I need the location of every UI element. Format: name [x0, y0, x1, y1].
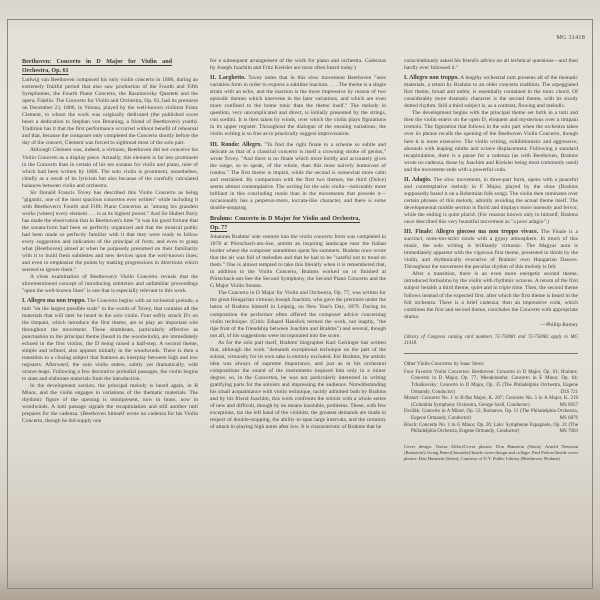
beethoven-movement-2: II. Larghetto. Tovey notes that in this … — [210, 75, 386, 138]
brahms-movement-2: II. Adagio. The slow movement, in three-… — [404, 177, 578, 226]
cover-credits: Cover design: Teresa Alfieri/Cover photo… — [404, 444, 578, 462]
beethoven-movement-3-title: III. Rondo: Allegro. — [210, 142, 262, 148]
column-3: conscientiously asked his friend's advic… — [404, 58, 578, 462]
beethoven-paragraph-2: Although Clement was, indeed, a virtuoso… — [22, 147, 198, 189]
other-concerto-text: Bruch: Concerto No. 1 in G Minor, Op. 26… — [404, 423, 578, 435]
other-concerto-item: Mozart: Concerto No. 1 in B-flat Major, … — [404, 396, 578, 409]
other-concerto-catalog: MS 6876 — [567, 416, 578, 423]
brahms-heading: Brahms: Concerto in D Major for Violin a… — [210, 215, 360, 233]
beethoven-paragraph-4: A close examination of Beethoven's Violi… — [22, 274, 198, 295]
beethoven-movement-1: I. Allegro ma non troppo. The Concerto b… — [22, 298, 198, 383]
other-concerto-text: Dvořák: Concerto in A Minor, Op. 53; Rom… — [404, 409, 578, 421]
other-concerto-item: Dvořák: Concerto in A Minor, Op. 53; Rom… — [404, 409, 578, 422]
beethoven-movement-2-text: Tovey notes that in this slow movement B… — [210, 75, 386, 137]
other-concerto-item: Four Favorite Violin Concertos: Beethove… — [404, 370, 578, 396]
other-concerto-text: Mozart: Concerto No. 1 in B-flat Major, … — [404, 396, 578, 408]
other-concerto-text: Four Favorite Violin Concertos: Beethove… — [404, 370, 578, 395]
brahms-paragraph-3: As for the solo part itself, Brahms' bio… — [210, 340, 386, 432]
brahms-movement-3-text: The Finale is a succinct, none-too-stric… — [404, 229, 578, 270]
beethoven-movement-1-development: In the development section, the principa… — [22, 383, 198, 425]
beethoven-movement-3: III. Rondo: Allegro. "To find the right … — [210, 142, 386, 212]
brahms-movement-3-second-theme: After a transition, there is an even mor… — [404, 271, 578, 320]
column-1: Beethoven: Concerto in D Major for Violi… — [22, 58, 198, 425]
column-2: for a subsequent arrangement of the work… — [210, 58, 386, 431]
brahms-movement-2-text: The slow movement, in three-part form, o… — [404, 177, 578, 225]
other-concerto-catalog: MS 6957 — [567, 403, 578, 410]
other-concertos-title: Other Violin Concertos by Isaac Stern: — [404, 361, 578, 368]
brahms-movement-3: III. Finale: Allegro giocoso ma non trop… — [404, 229, 578, 271]
catalog-number: MG 31418 — [556, 34, 585, 41]
brahms-movement-1-development: The development begins with the principa… — [404, 110, 578, 173]
beethoven-paragraph-3: Sir Donald Francis Tovey has described t… — [22, 190, 198, 275]
brahms-continuation: conscientiously asked his friend's advic… — [404, 58, 578, 72]
brahms-movement-2-title: II. Adagio. — [404, 177, 431, 183]
brahms-movement-3-title: III. Finale: Allegro giocoso ma non trop… — [404, 229, 538, 235]
section-divider — [404, 353, 578, 354]
other-concerto-item: Bruch: Concerto No. 1 in G Minor, Op. 26… — [404, 423, 578, 436]
liner-notes-sheet: MG 31418 Beethoven: Concerto in D Major … — [0, 0, 600, 600]
paper-wear-shadow — [0, 578, 600, 600]
brahms-paragraph-1: Johannes Brahms' sole venture into the v… — [210, 234, 386, 290]
author-signature: —Phillip Ramey — [404, 322, 578, 329]
other-concerto-catalog: D3S 721 — [567, 390, 578, 397]
beethoven-movement-2-title: II. Larghetto. — [210, 75, 246, 81]
beethoven-heading: Beethoven: Concerto in D Major for Violi… — [22, 58, 172, 76]
other-concerto-catalog: MS 7003 — [567, 429, 578, 436]
brahms-paragraph-2: The Concerto in D Major for Violin and O… — [210, 290, 386, 339]
library-of-congress-note: Library of Congress catalog card numbers… — [404, 335, 578, 347]
brahms-movement-1-title: I. Allegro non troppo. — [404, 75, 459, 81]
beethoven-movement-1-continuation: for a subsequent arrangement of the work… — [210, 58, 386, 72]
beethoven-paragraph-1: Ludwig van Beethoven composed his only v… — [22, 77, 198, 147]
beethoven-movement-1-title: I. Allegro ma non troppo. — [22, 298, 86, 304]
beethoven-movement-1-text: The Concerto begins with an orchestral p… — [22, 298, 198, 382]
brahms-movement-1: I. Allegro non troppo. A lengthy orchest… — [404, 75, 578, 110]
beethoven-movement-3-text: "To find the right finale to a scheme so… — [210, 142, 386, 211]
